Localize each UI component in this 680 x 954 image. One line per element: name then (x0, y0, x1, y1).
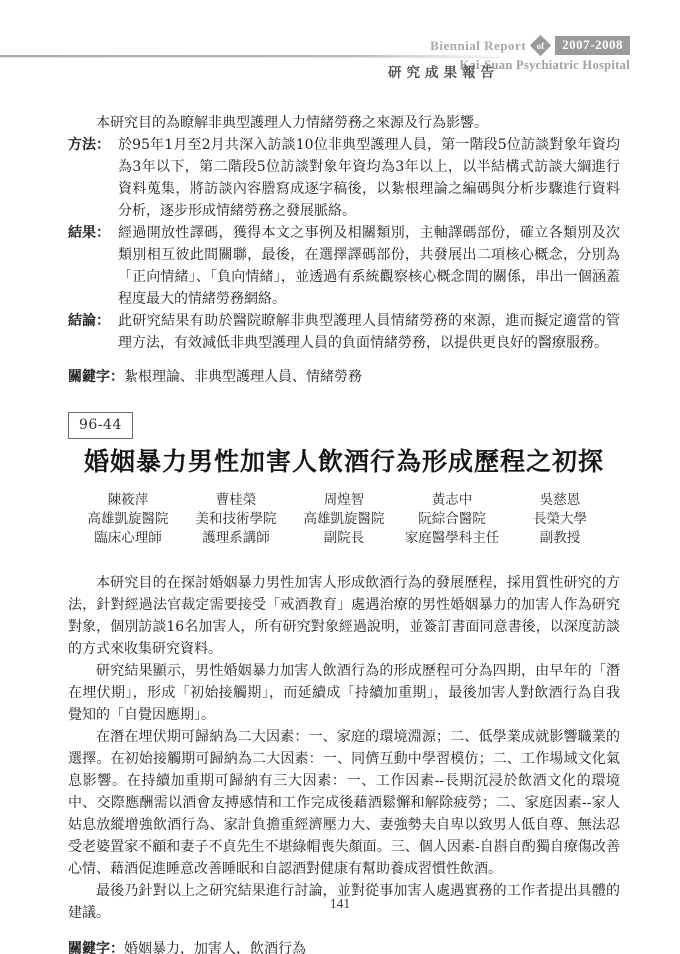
author-affiliation: 阮綜合醫院 (400, 510, 504, 529)
header-report-row: Biennial Report of 2007-2008 (430, 36, 630, 55)
article-keywords-line: 關鍵字：婚姻暴力，加害人，飲酒行為 (68, 938, 620, 954)
author-name: 曹桂榮 (184, 491, 288, 510)
abstract1-intro: 本研究目的為瞭解非典型護理人力情緒勞務之來源及行為影響。 (68, 112, 620, 134)
of-diamond-badge: of (530, 35, 551, 56)
results-label: 結果： (68, 222, 110, 244)
author-column: 吳慈恩 長榮大學 副教授 (508, 491, 612, 548)
article-paragraph: 本研究目的在探討婚姻暴力男性加害人形成飲酒行為的發展歷程，採用質性研究的方法，針… (68, 572, 620, 660)
author-name: 吳慈恩 (508, 491, 612, 510)
page-header: Biennial Report of 2007-2008 Kai-Suan Ps… (0, 0, 680, 90)
author-column: 黃志中 阮綜合醫院 家庭醫學科主任 (400, 491, 504, 548)
method-label: 方法： (68, 134, 110, 156)
author-affiliation: 高雄凱旋醫院 (76, 510, 180, 529)
author-job-title: 副院長 (292, 529, 396, 548)
authors-grid: 陳筱萍 高雄凱旋醫院 臨床心理師 曹桂榮 美和技術學院 護理系講師 周煌智 高雄… (68, 491, 620, 548)
author-column: 曹桂榮 美和技術學院 護理系講師 (184, 491, 288, 548)
article-id-box: 96-44 (68, 412, 133, 439)
conclusion-label: 結論： (68, 310, 110, 332)
report-title-zh: 研究成果報告 (388, 61, 499, 81)
abstract1-keywords-label: 關鍵字： (68, 369, 124, 385)
header-divider-line (0, 55, 500, 57)
article-keywords-label: 關鍵字： (68, 941, 124, 954)
conclusion-text: 此研究結果有助於醫院瞭解非典型護理人員情緒勞務的來源，進而擬定適當的管理方法，有… (118, 313, 620, 351)
author-job-title: 副教授 (508, 529, 612, 548)
author-column: 周煌智 高雄凱旋醫院 副院長 (292, 491, 396, 548)
report-page: { "header": { "report_title_en": "Bienni… (0, 0, 680, 954)
abstract1-method-section: 方法： 於95年1月至2月共深入訪談10位非典型護理人員，第一階段5位訪談對象年… (68, 134, 620, 222)
author-name: 陳筱萍 (76, 491, 180, 510)
biennial-report-label: Biennial Report (430, 38, 526, 54)
article-title: 婚姻暴力男性加害人飲酒行為形成歷程之初探 (68, 451, 620, 473)
author-job-title: 家庭醫學科主任 (400, 529, 504, 548)
author-job-title: 護理系講師 (184, 529, 288, 548)
author-affiliation: 美和技術學院 (184, 510, 288, 529)
main-content: 本研究目的為瞭解非典型護理人力情緒勞務之來源及行為影響。 方法： 於95年1月至… (68, 112, 620, 954)
article-body: 本研究目的在探討婚姻暴力男性加害人形成飲酒行為的發展歷程，採用質性研究的方法，針… (68, 572, 620, 924)
author-name: 周煌智 (292, 491, 396, 510)
results-text: 經過開放性譯碼，獲得本文之事例及相關類別，主軸譯碼部份，確立各類別及次類別相互彼… (118, 225, 620, 307)
of-label: of (537, 41, 545, 51)
abstract1-keywords-line: 關鍵字：紮根理論、非典型護理人員、情緒勞務 (68, 366, 620, 388)
abstract1-results-section: 結果： 經過開放性譯碼，獲得本文之事例及相關類別，主軸譯碼部份，確立各類別及次類… (68, 222, 620, 310)
page-number: 141 (0, 896, 680, 912)
author-affiliation: 高雄凱旋醫院 (292, 510, 396, 529)
article-keywords: 婚姻暴力，加害人，飲酒行為 (124, 941, 306, 954)
article-paragraph: 研究結果顯示，男性婚姻暴力加害人飲酒行為的形成歷程可分為四期，由早年的「潛在埋伏… (68, 660, 620, 726)
author-job-title: 臨床心理師 (76, 529, 180, 548)
article-paragraph: 在潛在埋伏期可歸納為二大因素：一、家庭的環境淵源；二、低學業成就影響職業的選擇。… (68, 726, 620, 880)
abstract1-conclusion-section: 結論： 此研究結果有助於醫院瞭解非典型護理人員情緒勞務的來源，進而擬定適當的管理… (68, 310, 620, 354)
years-badge: 2007-2008 (555, 36, 630, 55)
author-affiliation: 長榮大學 (508, 510, 612, 529)
abstract1-keywords: 紮根理論、非典型護理人員、情緒勞務 (124, 369, 362, 385)
author-name: 黃志中 (400, 491, 504, 510)
method-text: 於95年1月至2月共深入訪談10位非典型護理人員，第一階段5位訪談對象年資均為3… (118, 137, 620, 219)
author-column: 陳筱萍 高雄凱旋醫院 臨床心理師 (76, 491, 180, 548)
